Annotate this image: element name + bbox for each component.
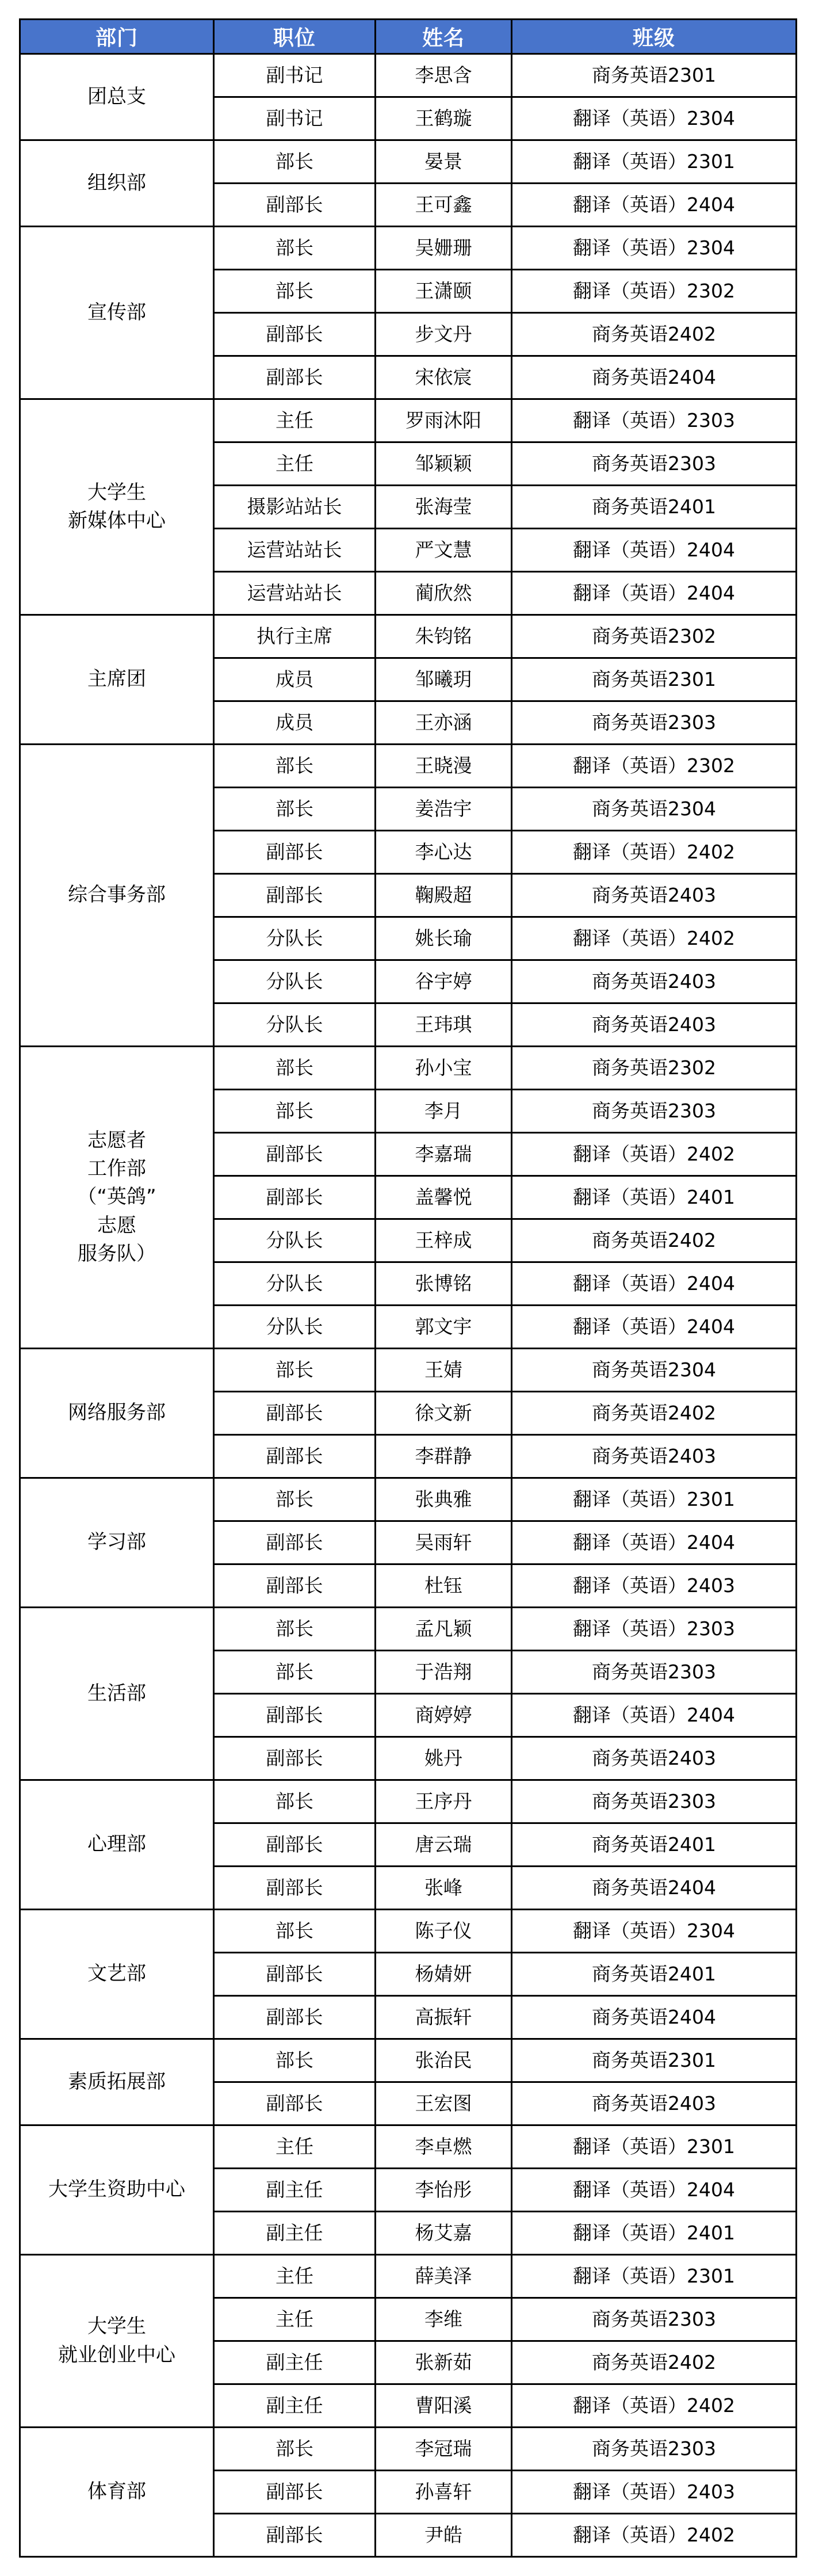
name-cell: 杨艾嘉 bbox=[376, 2212, 512, 2255]
table-row: 志愿者 工作部 （“英鸽” 志愿 服务队）部长孙小宝商务英语2302 bbox=[20, 1047, 797, 1090]
position-cell: 副部长 bbox=[214, 2514, 376, 2557]
position-cell: 分队长 bbox=[214, 960, 376, 1003]
name-cell: 张治民 bbox=[376, 2039, 512, 2082]
roster-table-container: 部门 职位 姓名 班级 团总支副书记李思含商务英语2301副书记王鹤璇翻译（英语… bbox=[19, 18, 795, 2558]
name-cell: 张海莹 bbox=[376, 486, 512, 529]
position-cell: 主任 bbox=[214, 2255, 376, 2298]
class-cell: 翻译（英语）2402 bbox=[512, 2514, 797, 2557]
name-cell: 于浩翔 bbox=[376, 1651, 512, 1694]
name-cell: 鞠殿超 bbox=[376, 874, 512, 917]
name-cell: 朱钧铭 bbox=[376, 615, 512, 658]
table-row: 团总支副书记李思含商务英语2301 bbox=[20, 54, 797, 97]
name-cell: 王玮琪 bbox=[376, 1003, 512, 1047]
class-cell: 商务英语2304 bbox=[512, 1349, 797, 1392]
position-cell: 副部长 bbox=[214, 1133, 376, 1176]
position-cell: 副部长 bbox=[214, 1435, 376, 1478]
class-cell: 翻译（英语）2402 bbox=[512, 2384, 797, 2428]
position-cell: 执行主席 bbox=[214, 615, 376, 658]
name-cell: 邹曦玥 bbox=[376, 658, 512, 701]
name-cell: 李群静 bbox=[376, 1435, 512, 1478]
class-cell: 商务英语2303 bbox=[512, 442, 797, 486]
class-cell: 商务英语2403 bbox=[512, 1435, 797, 1478]
name-cell: 王鹤璇 bbox=[376, 97, 512, 140]
name-cell: 陈子仪 bbox=[376, 1910, 512, 1953]
class-cell: 翻译（英语）2301 bbox=[512, 1478, 797, 1521]
name-cell: 李嘉瑞 bbox=[376, 1133, 512, 1176]
name-cell: 张典雅 bbox=[376, 1478, 512, 1521]
name-cell: 吴雨轩 bbox=[376, 1521, 512, 1564]
name-cell: 杨婧妍 bbox=[376, 1953, 512, 1996]
name-cell: 李怡彤 bbox=[376, 2169, 512, 2212]
class-cell: 商务英语2403 bbox=[512, 2082, 797, 2125]
name-cell: 薛美泽 bbox=[376, 2255, 512, 2298]
department-cell: 团总支 bbox=[20, 54, 214, 140]
position-cell: 部长 bbox=[214, 1608, 376, 1651]
header-name: 姓名 bbox=[376, 20, 512, 54]
position-cell: 副部长 bbox=[214, 356, 376, 399]
table-row: 大学生 新媒体中心主任罗雨沐阳翻译（英语）2303 bbox=[20, 399, 797, 442]
position-cell: 分队长 bbox=[214, 1262, 376, 1306]
name-cell: 王宏图 bbox=[376, 2082, 512, 2125]
class-cell: 商务英语2303 bbox=[512, 1090, 797, 1133]
name-cell: 邹颖颖 bbox=[376, 442, 512, 486]
position-cell: 成员 bbox=[214, 658, 376, 701]
department-cell: 主席团 bbox=[20, 615, 214, 745]
position-cell: 部长 bbox=[214, 1478, 376, 1521]
position-cell: 副部长 bbox=[214, 1564, 376, 1608]
position-cell: 副部长 bbox=[214, 1694, 376, 1737]
department-cell: 网络服务部 bbox=[20, 1349, 214, 1478]
name-cell: 盖馨悦 bbox=[376, 1176, 512, 1219]
class-cell: 商务英语2303 bbox=[512, 701, 797, 745]
name-cell: 王婧 bbox=[376, 1349, 512, 1392]
position-cell: 副部长 bbox=[214, 874, 376, 917]
class-cell: 商务英语2402 bbox=[512, 313, 797, 356]
class-cell: 翻译（英语）2301 bbox=[512, 2125, 797, 2169]
position-cell: 副书记 bbox=[214, 97, 376, 140]
class-cell: 翻译（英语）2304 bbox=[512, 97, 797, 140]
department-cell: 大学生 新媒体中心 bbox=[20, 399, 214, 615]
position-cell: 部长 bbox=[214, 1780, 376, 1823]
class-cell: 商务英语2401 bbox=[512, 486, 797, 529]
class-cell: 商务英语2302 bbox=[512, 615, 797, 658]
position-cell: 部长 bbox=[214, 2428, 376, 2471]
position-cell: 主任 bbox=[214, 2298, 376, 2341]
position-cell: 主任 bbox=[214, 399, 376, 442]
name-cell: 张博铭 bbox=[376, 1262, 512, 1306]
position-cell: 副部长 bbox=[214, 1953, 376, 1996]
position-cell: 部长 bbox=[214, 1910, 376, 1953]
department-cell: 体育部 bbox=[20, 2428, 214, 2557]
class-cell: 商务英语2304 bbox=[512, 788, 797, 831]
name-cell: 王晓漫 bbox=[376, 745, 512, 788]
name-cell: 王潇颐 bbox=[376, 270, 512, 313]
position-cell: 摄影站站长 bbox=[214, 486, 376, 529]
name-cell: 唐云瑞 bbox=[376, 1823, 512, 1867]
name-cell: 严文慧 bbox=[376, 529, 512, 572]
position-cell: 分队长 bbox=[214, 1219, 376, 1262]
department-cell: 学习部 bbox=[20, 1478, 214, 1608]
name-cell: 孙小宝 bbox=[376, 1047, 512, 1090]
position-cell: 副部长 bbox=[214, 2082, 376, 2125]
name-cell: 曹阳溪 bbox=[376, 2384, 512, 2428]
class-cell: 商务英语2403 bbox=[512, 874, 797, 917]
table-row: 素质拓展部部长张治民商务英语2301 bbox=[20, 2039, 797, 2082]
position-cell: 副主任 bbox=[214, 2212, 376, 2255]
position-cell: 部长 bbox=[214, 1349, 376, 1392]
class-cell: 翻译（英语）2404 bbox=[512, 1262, 797, 1306]
class-cell: 商务英语2301 bbox=[512, 54, 797, 97]
position-cell: 运营站站长 bbox=[214, 572, 376, 615]
class-cell: 商务英语2403 bbox=[512, 1003, 797, 1047]
department-cell: 素质拓展部 bbox=[20, 2039, 214, 2125]
position-cell: 主任 bbox=[214, 442, 376, 486]
position-cell: 成员 bbox=[214, 701, 376, 745]
position-cell: 运营站站长 bbox=[214, 529, 376, 572]
class-cell: 翻译（英语）2404 bbox=[512, 1694, 797, 1737]
table-row: 宣传部部长吴姗珊翻译（英语）2304 bbox=[20, 227, 797, 270]
class-cell: 商务英语2401 bbox=[512, 1823, 797, 1867]
position-cell: 部长 bbox=[214, 270, 376, 313]
name-cell: 姚丹 bbox=[376, 1737, 512, 1780]
class-cell: 商务英语2402 bbox=[512, 1392, 797, 1435]
class-cell: 商务英语2302 bbox=[512, 1047, 797, 1090]
position-cell: 副部长 bbox=[214, 313, 376, 356]
name-cell: 罗雨沐阳 bbox=[376, 399, 512, 442]
class-cell: 商务英语2402 bbox=[512, 2341, 797, 2384]
position-cell: 副部长 bbox=[214, 1392, 376, 1435]
name-cell: 姜浩宇 bbox=[376, 788, 512, 831]
name-cell: 王梓成 bbox=[376, 1219, 512, 1262]
department-cell: 大学生资助中心 bbox=[20, 2125, 214, 2255]
table-row: 体育部部长李冠瑞商务英语2303 bbox=[20, 2428, 797, 2471]
position-cell: 部长 bbox=[214, 140, 376, 184]
position-cell: 副部长 bbox=[214, 1996, 376, 2039]
class-cell: 商务英语2403 bbox=[512, 1737, 797, 1780]
class-cell: 商务英语2403 bbox=[512, 960, 797, 1003]
class-cell: 翻译（英语）2401 bbox=[512, 1176, 797, 1219]
table-row: 大学生资助中心主任李卓燃翻译（英语）2301 bbox=[20, 2125, 797, 2169]
class-cell: 翻译（英语）2402 bbox=[512, 1133, 797, 1176]
name-cell: 郭文宇 bbox=[376, 1306, 512, 1349]
class-cell: 翻译（英语）2304 bbox=[512, 227, 797, 270]
position-cell: 部长 bbox=[214, 227, 376, 270]
class-cell: 翻译（英语）2403 bbox=[512, 2471, 797, 2514]
department-cell: 文艺部 bbox=[20, 1910, 214, 2039]
position-cell: 副主任 bbox=[214, 2169, 376, 2212]
position-cell: 副部长 bbox=[214, 1176, 376, 1219]
position-cell: 部长 bbox=[214, 1047, 376, 1090]
name-cell: 李冠瑞 bbox=[376, 2428, 512, 2471]
table-row: 学习部部长张典雅翻译（英语）2301 bbox=[20, 1478, 797, 1521]
position-cell: 副部长 bbox=[214, 1823, 376, 1867]
class-cell: 翻译（英语）2302 bbox=[512, 270, 797, 313]
name-cell: 王可鑫 bbox=[376, 184, 512, 227]
roster-table: 部门 职位 姓名 班级 团总支副书记李思含商务英语2301副书记王鹤璇翻译（英语… bbox=[19, 18, 797, 2558]
name-cell: 蔺欣然 bbox=[376, 572, 512, 615]
name-cell: 高振轩 bbox=[376, 1996, 512, 2039]
position-cell: 分队长 bbox=[214, 917, 376, 960]
class-cell: 商务英语2301 bbox=[512, 2039, 797, 2082]
position-cell: 部长 bbox=[214, 1090, 376, 1133]
header-position: 职位 bbox=[214, 20, 376, 54]
class-cell: 翻译（英语）2404 bbox=[512, 2169, 797, 2212]
name-cell: 李月 bbox=[376, 1090, 512, 1133]
position-cell: 主任 bbox=[214, 2125, 376, 2169]
class-cell: 翻译（英语）2404 bbox=[512, 184, 797, 227]
table-row: 综合事务部部长王晓漫翻译（英语）2302 bbox=[20, 745, 797, 788]
table-row: 生活部部长孟凡颖翻译（英语）2303 bbox=[20, 1608, 797, 1651]
position-cell: 副部长 bbox=[214, 2471, 376, 2514]
class-cell: 商务英语2303 bbox=[512, 2298, 797, 2341]
class-cell: 翻译（英语）2301 bbox=[512, 140, 797, 184]
name-cell: 吴姗珊 bbox=[376, 227, 512, 270]
position-cell: 副书记 bbox=[214, 54, 376, 97]
class-cell: 商务英语2404 bbox=[512, 356, 797, 399]
table-row: 主席团执行主席朱钧铭商务英语2302 bbox=[20, 615, 797, 658]
name-cell: 张新茹 bbox=[376, 2341, 512, 2384]
name-cell: 尹皓 bbox=[376, 2514, 512, 2557]
department-cell: 大学生 就业创业中心 bbox=[20, 2255, 214, 2428]
class-cell: 翻译（英语）2404 bbox=[512, 1306, 797, 1349]
name-cell: 李心达 bbox=[376, 831, 512, 874]
class-cell: 翻译（英语）2403 bbox=[512, 1564, 797, 1608]
name-cell: 王序丹 bbox=[376, 1780, 512, 1823]
header-row: 部门 职位 姓名 班级 bbox=[20, 20, 797, 54]
name-cell: 孟凡颖 bbox=[376, 1608, 512, 1651]
position-cell: 部长 bbox=[214, 745, 376, 788]
department-cell: 心理部 bbox=[20, 1780, 214, 1910]
table-row: 组织部部长晏景翻译（英语）2301 bbox=[20, 140, 797, 184]
name-cell: 杜钰 bbox=[376, 1564, 512, 1608]
header-department: 部门 bbox=[20, 20, 214, 54]
position-cell: 副主任 bbox=[214, 2341, 376, 2384]
class-cell: 商务英语2404 bbox=[512, 1867, 797, 1910]
name-cell: 王亦涵 bbox=[376, 701, 512, 745]
name-cell: 李思含 bbox=[376, 54, 512, 97]
class-cell: 翻译（英语）2301 bbox=[512, 2255, 797, 2298]
name-cell: 谷宇婷 bbox=[376, 960, 512, 1003]
class-cell: 翻译（英语）2304 bbox=[512, 1910, 797, 1953]
class-cell: 翻译（英语）2303 bbox=[512, 1608, 797, 1651]
table-row: 网络服务部部长王婧商务英语2304 bbox=[20, 1349, 797, 1392]
name-cell: 张峰 bbox=[376, 1867, 512, 1910]
department-cell: 志愿者 工作部 （“英鸽” 志愿 服务队） bbox=[20, 1047, 214, 1349]
position-cell: 分队长 bbox=[214, 1306, 376, 1349]
name-cell: 徐文新 bbox=[376, 1392, 512, 1435]
position-cell: 副部长 bbox=[214, 184, 376, 227]
class-cell: 翻译（英语）2402 bbox=[512, 831, 797, 874]
class-cell: 商务英语2404 bbox=[512, 1996, 797, 2039]
name-cell: 宋依宸 bbox=[376, 356, 512, 399]
position-cell: 副部长 bbox=[214, 1737, 376, 1780]
name-cell: 姚长瑜 bbox=[376, 917, 512, 960]
position-cell: 副部长 bbox=[214, 831, 376, 874]
class-cell: 翻译（英语）2404 bbox=[512, 572, 797, 615]
class-cell: 翻译（英语）2404 bbox=[512, 1521, 797, 1564]
name-cell: 李卓燃 bbox=[376, 2125, 512, 2169]
class-cell: 翻译（英语）2303 bbox=[512, 399, 797, 442]
table-row: 心理部部长王序丹商务英语2303 bbox=[20, 1780, 797, 1823]
header-class: 班级 bbox=[512, 20, 797, 54]
position-cell: 分队长 bbox=[214, 1003, 376, 1047]
name-cell: 孙喜轩 bbox=[376, 2471, 512, 2514]
class-cell: 翻译（英语）2401 bbox=[512, 2212, 797, 2255]
class-cell: 翻译（英语）2302 bbox=[512, 745, 797, 788]
class-cell: 商务英语2402 bbox=[512, 1219, 797, 1262]
department-cell: 综合事务部 bbox=[20, 745, 214, 1047]
class-cell: 商务英语2401 bbox=[512, 1953, 797, 1996]
position-cell: 副部长 bbox=[214, 1521, 376, 1564]
class-cell: 翻译（英语）2402 bbox=[512, 917, 797, 960]
position-cell: 副部长 bbox=[214, 1867, 376, 1910]
roster-body: 团总支副书记李思含商务英语2301副书记王鹤璇翻译（英语）2304组织部部长晏景… bbox=[20, 54, 797, 2557]
position-cell: 副主任 bbox=[214, 2384, 376, 2428]
class-cell: 商务英语2303 bbox=[512, 1651, 797, 1694]
position-cell: 部长 bbox=[214, 1651, 376, 1694]
class-cell: 商务英语2303 bbox=[512, 1780, 797, 1823]
name-cell: 李维 bbox=[376, 2298, 512, 2341]
position-cell: 部长 bbox=[214, 788, 376, 831]
table-row: 大学生 就业创业中心主任薛美泽翻译（英语）2301 bbox=[20, 2255, 797, 2298]
name-cell: 晏景 bbox=[376, 140, 512, 184]
class-cell: 商务英语2301 bbox=[512, 658, 797, 701]
class-cell: 商务英语2303 bbox=[512, 2428, 797, 2471]
department-cell: 宣传部 bbox=[20, 227, 214, 399]
name-cell: 步文丹 bbox=[376, 313, 512, 356]
name-cell: 商婷婷 bbox=[376, 1694, 512, 1737]
department-cell: 组织部 bbox=[20, 140, 214, 227]
table-row: 文艺部部长陈子仪翻译（英语）2304 bbox=[20, 1910, 797, 1953]
class-cell: 翻译（英语）2404 bbox=[512, 529, 797, 572]
position-cell: 部长 bbox=[214, 2039, 376, 2082]
department-cell: 生活部 bbox=[20, 1608, 214, 1780]
